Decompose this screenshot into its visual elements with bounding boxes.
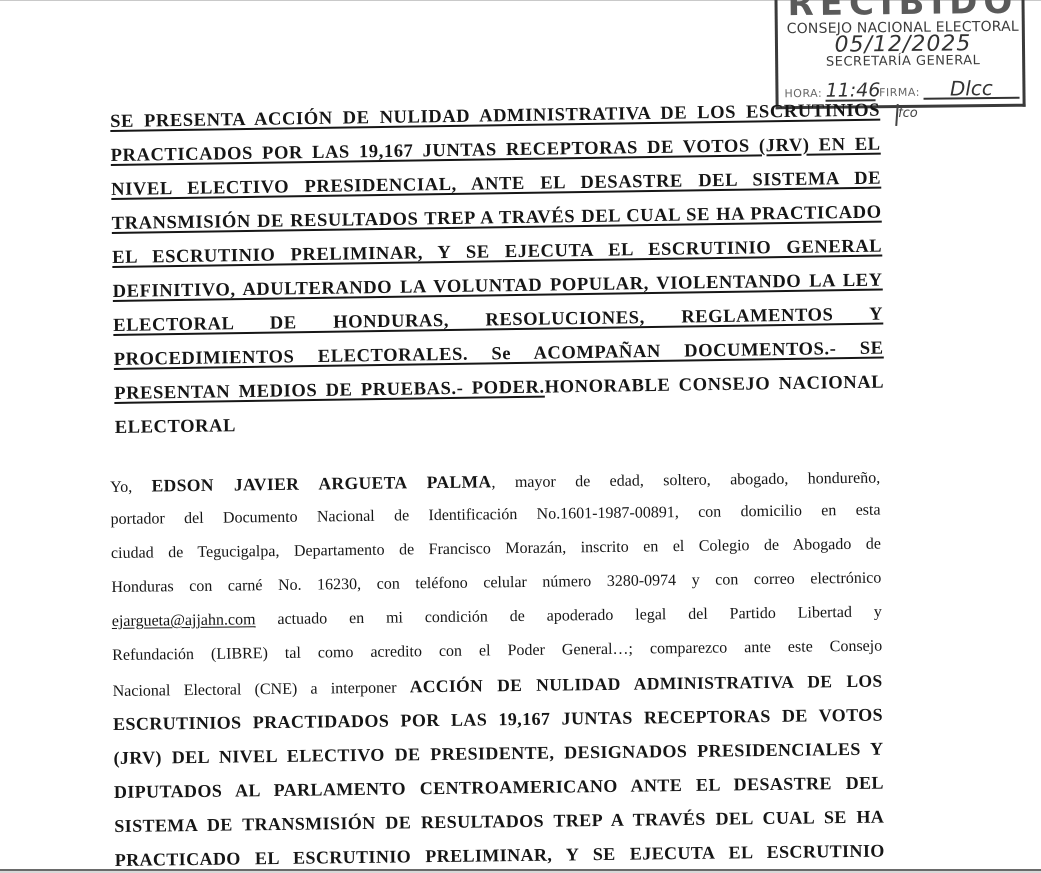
handwritten-annotation: fco [898, 106, 918, 121]
stamp-department: SECRETARÍA GENERAL [786, 54, 1020, 70]
received-stamp: RECIBIDO CONSEJO NACIONAL ELECTORAL 05/1… [774, 0, 1025, 109]
petitioner-name: EDSON JAVIER ARGUETA PALMA [151, 471, 491, 495]
stamp-title: RECIBIDO [787, 0, 1017, 21]
stamp-signature: Dlcc [923, 79, 1019, 100]
body-paragraph: Yo, EDSON JAVIER ARGUETA PALMA, mayor de… [110, 463, 885, 873]
email-link[interactable]: ejargueta@ajjahn.com [112, 611, 256, 630]
document-heading: SE PRESENTA ACCIÓN DE NULIDAD ADMINISTRA… [110, 97, 885, 448]
stamp-firma-label: FIRMA: [879, 86, 920, 99]
heading-addressee: HONORABLE CONSEJO NACIONAL [545, 373, 885, 398]
heading-underlined-part: PRESENTAN MEDIOS DE PRUEBAS.- PODER. [114, 378, 545, 404]
